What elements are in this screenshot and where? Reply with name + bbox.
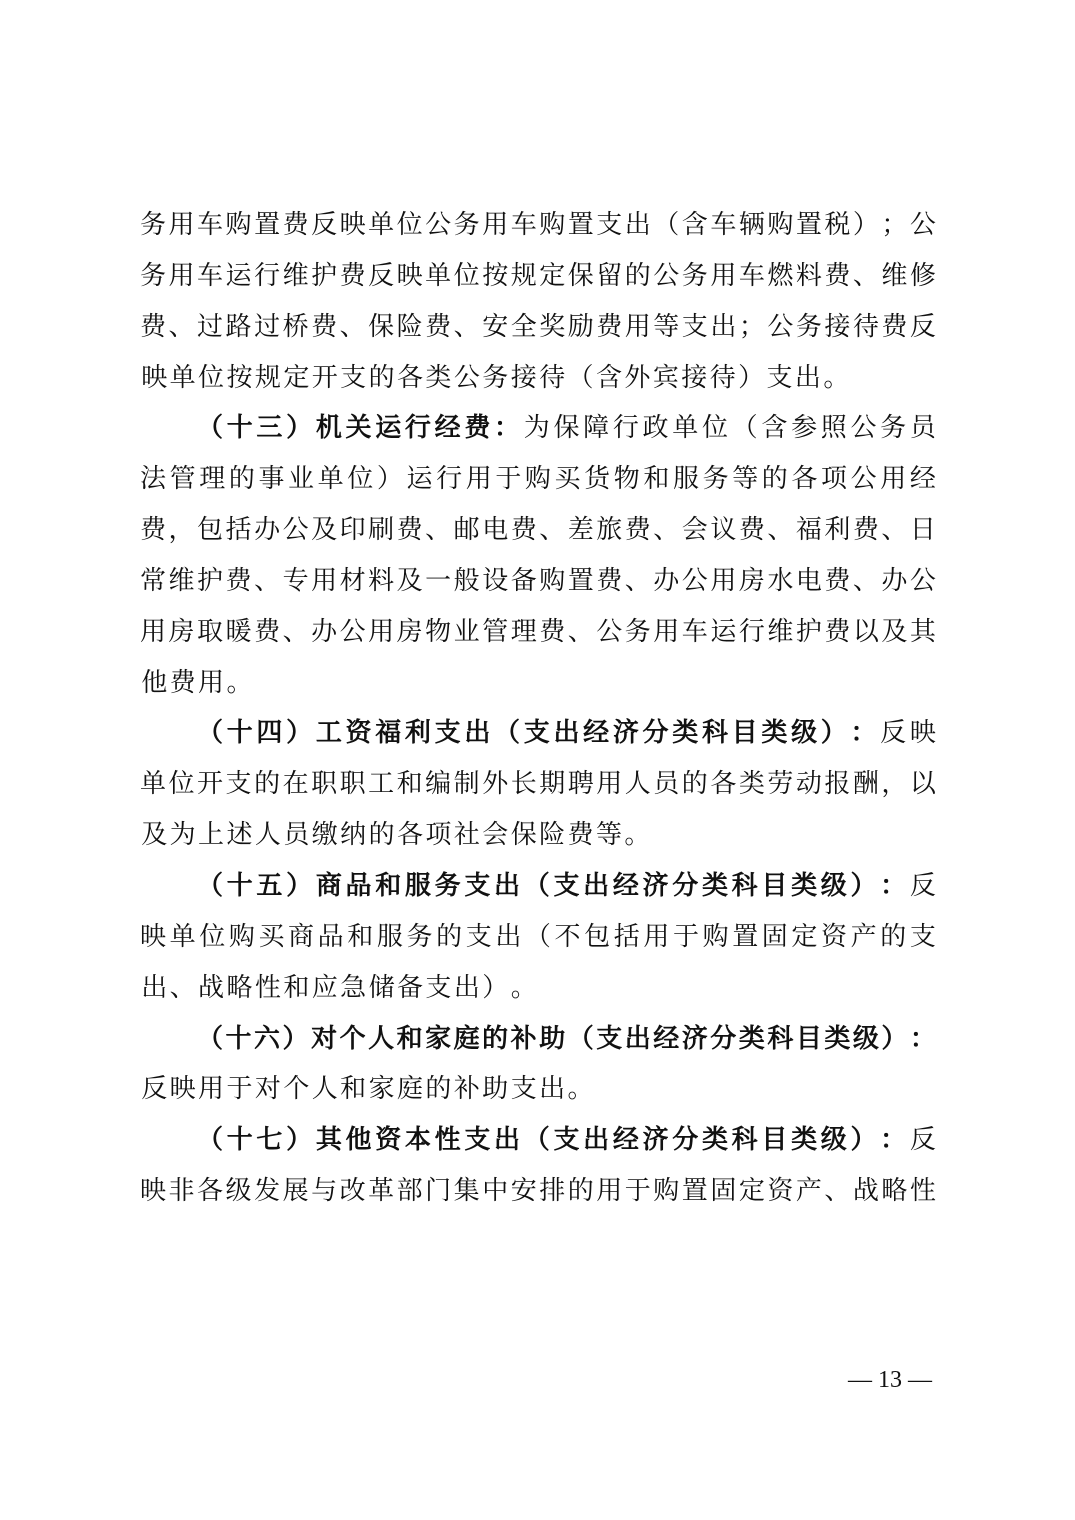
section-heading-line: （十六）对个人和家庭的补助（支出经济分类科目类级）： xyxy=(140,1014,936,1065)
text-line: 法管理的事业单位）运行用于购买货物和服务等的各项公用经 xyxy=(140,454,936,505)
text-line: 他费用。 xyxy=(140,658,936,709)
text-line: 反映用于对个人和家庭的补助支出。 xyxy=(140,1064,936,1115)
section-heading-line: （十三）机关运行经费：为保障行政单位（含参照公务员 xyxy=(140,403,936,454)
text-line: 映单位购买商品和服务的支出（不包括用于购置固定资产的支 xyxy=(140,912,936,963)
section-heading-line: （十七）其他资本性支出（支出经济分类科目类级）：反 xyxy=(140,1115,936,1166)
page-number: — 13 — xyxy=(840,1362,940,1398)
text-line: 费，包括办公及印刷费、邮电费、差旅费、会议费、福利费、日 xyxy=(140,505,936,556)
section-heading-line: （十五）商品和服务支出（支出经济分类科目类级）：反 xyxy=(140,861,936,912)
text-line: 务用车购置费反映单位公务用车购置支出（含车辆购置税）；公 xyxy=(140,200,936,251)
text-line: 单位开支的在职职工和编制外长期聘用人员的各类劳动报酬，以 xyxy=(140,759,936,810)
text-line: 及为上述人员缴纳的各项社会保险费等。 xyxy=(140,810,936,861)
section-heading-line: （十四）工资福利支出（支出经济分类科目类级）：反映 xyxy=(140,708,936,759)
text-line: 出、战略性和应急储备支出）。 xyxy=(140,963,936,1014)
document-page: 务用车购置费反映单位公务用车购置支出（含车辆购置税）；公务用车运行维护费反映单位… xyxy=(0,0,1075,1520)
text-line: 费、过路过桥费、保险费、安全奖励费用等支出；公务接待费反 xyxy=(140,302,936,353)
text-line: 映非各级发展与改革部门集中安排的用于购置固定资产、战略性 xyxy=(140,1166,936,1217)
text-line: 映单位按规定开支的各类公务接待（含外宾接待）支出。 xyxy=(140,353,936,404)
text-line: 用房取暖费、办公用房物业管理费、公务用车运行维护费以及其 xyxy=(140,607,936,658)
body-text: 务用车购置费反映单位公务用车购置支出（含车辆购置税）；公务用车运行维护费反映单位… xyxy=(140,200,936,1217)
text-line: 务用车运行维护费反映单位按规定保留的公务用车燃料费、维修 xyxy=(140,251,936,302)
text-line: 常维护费、专用材料及一般设备购置费、办公用房水电费、办公 xyxy=(140,556,936,607)
